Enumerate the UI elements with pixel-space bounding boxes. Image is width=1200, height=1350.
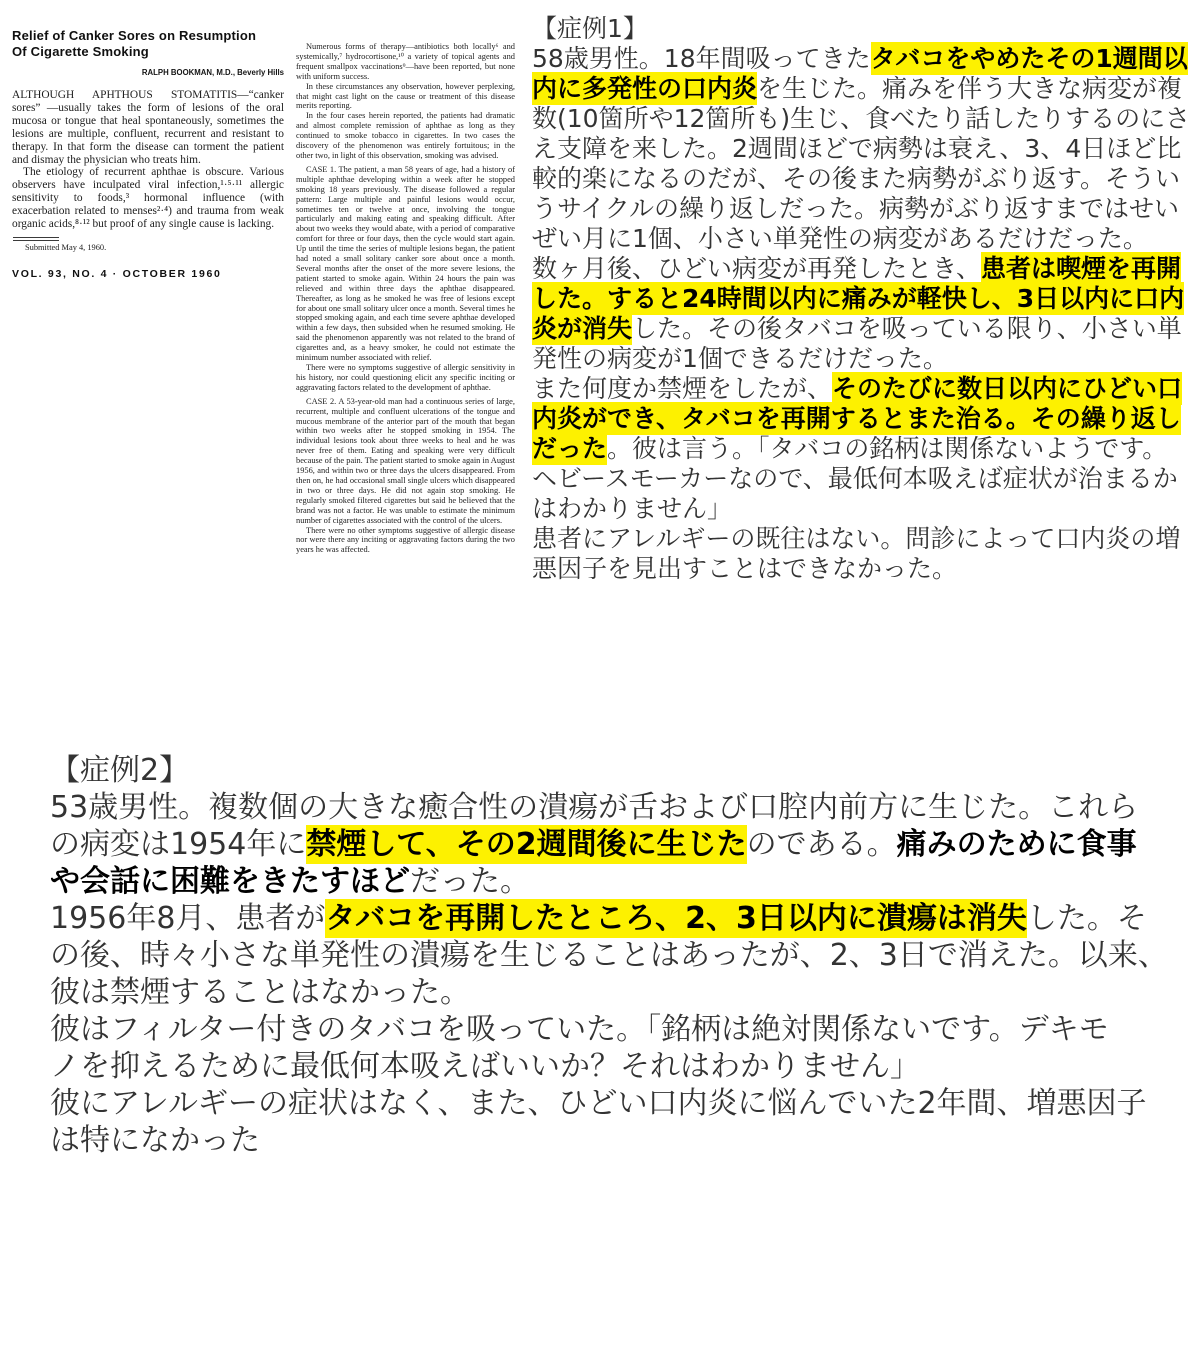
- jp-text-line: 53歳男性。複数個の大きな癒合性の潰瘍が舌および口腔内前方に生じた。これら: [50, 789, 1168, 826]
- footnote-rule: [13, 237, 59, 241]
- jp-text-line: 内炎ができ、タバコを再開するとまた治る。その繰り返し: [532, 404, 1190, 434]
- highlighted-segment: 内炎ができ、タバコを再開するとまた治る。その繰り返し: [532, 402, 1181, 435]
- paper-paragraph: In these circumstances any observation, …: [296, 82, 515, 112]
- jp-text-line: ノを抑えるために最低何本吸えばいいか？それはわかりません」: [50, 1048, 1168, 1085]
- scanned-paper-left-column: Relief of Canker Sores on ResumptionOf C…: [12, 28, 284, 280]
- text-segment: 58歳男性。18年間吸ってきた: [532, 44, 871, 73]
- jp-text-line: うサイクルの繰り返しだった。病勢がぶり返すまではせい: [532, 194, 1190, 224]
- text-segment: え支障を来した。2週間ほどで病勢は衰え、3、4日ほど比: [532, 134, 1181, 163]
- jp-text-line: だった。彼は言う。「タバコの銘柄は関係ないようです。: [532, 434, 1190, 464]
- jp-text-line: の後、時々小さな単発性の潰瘍を生じることはあったが、2、3日で消えた。以来、: [50, 937, 1168, 974]
- abstract-paragraph-1: ALTHOUGH APHTHOUS STOMATITIS—“canker sor…: [12, 89, 284, 166]
- jp-text-line: した。すると24時間以内に痛みが軽快し、3日以内に口内: [532, 284, 1190, 314]
- submitted-note: Submitted May 4, 1960.: [12, 243, 284, 253]
- jp-text-line: 58歳男性。18年間吸ってきたタバコをやめたその1週間以: [532, 44, 1190, 74]
- highlighted-segment: 患者は喫煙を再開: [981, 252, 1181, 285]
- highlighted-segment: 禁煙して、その2週間後に生じた: [306, 825, 746, 864]
- highlighted-segment: 内に多発性の口内炎: [532, 72, 757, 105]
- jp-text-line: 彼は禁煙することはなかった。: [50, 974, 1168, 1011]
- bold-segment: 痛みのために食事: [897, 827, 1137, 862]
- case1-japanese-translation: 【症例1】58歳男性。18年間吸ってきたタバコをやめたその1週間以内に多発性の口…: [532, 14, 1190, 584]
- paper-paragraph: Numerous forms of therapy—antibiotics bo…: [296, 42, 515, 82]
- text-segment: した。その後タバコを吸っている限り、小さい単: [632, 314, 1182, 343]
- highlighted-segment: タバコを再開したところ、2、3日以内に潰瘍は消失: [325, 899, 1026, 938]
- jp-text-line: 【症例2】: [50, 752, 1168, 789]
- paper-paragraph: There were no symptoms suggestive of all…: [296, 363, 515, 393]
- text-segment: 彼はフィルター付きのタバコを吸っていた。「銘柄は絶対関係ないです。デキモ: [50, 1012, 1109, 1047]
- text-segment: ヘビースモーカーなので、最低何本吸えば症状が治まるか: [532, 464, 1178, 493]
- text-segment: のである。: [747, 827, 897, 862]
- highlighted-segment: 炎が消失: [532, 312, 632, 345]
- case2-japanese-translation: 【症例2】53歳男性。複数個の大きな癒合性の潰瘍が舌および口腔内前方に生じた。こ…: [50, 752, 1168, 1159]
- jp-text-line: 【症例1】: [532, 14, 1190, 44]
- text-segment: の後、時々小さな単発性の潰瘍を生じることはあったが、2、3日で消えた。以来、: [50, 938, 1168, 973]
- jp-text-line: はわかりません」: [532, 494, 1190, 524]
- jp-text-line: 彼にアレルギーの症状はなく、また、ひどい口内炎に悩んでいた2年間、増悪因子: [50, 1085, 1168, 1122]
- text-segment: 。彼は言う。「タバコの銘柄は関係ないようです。: [607, 434, 1167, 463]
- highlighted-segment: タバコをやめたその1週間以: [871, 42, 1188, 75]
- text-segment: 彼にアレルギーの症状はなく、また、ひどい口内炎に悩んでいた2年間、増悪因子: [50, 1086, 1147, 1121]
- text-segment: 悪因子を見出すことはできなかった。: [532, 554, 957, 583]
- paper-paragraph: CASE 1. The patient, a man 58 years of a…: [296, 165, 515, 363]
- paper-title-line2: Of Cigarette Smoking: [12, 44, 149, 59]
- paper-title-line1: Relief of Canker Sores on Resumption: [12, 28, 256, 43]
- text-segment: 彼は禁煙することはなかった。: [50, 975, 470, 1010]
- jp-text-line: 発性の病変が1個できるだけだった。: [532, 344, 1190, 374]
- jp-text-line: 彼はフィルター付きのタバコを吸っていた。「銘柄は絶対関係ないです。デキモ: [50, 1011, 1168, 1048]
- jp-text-line: 較的楽になるのだが、その後また病勢がぶり返す。そうい: [532, 164, 1190, 194]
- page: Relief of Canker Sores on ResumptionOf C…: [0, 0, 1200, 1350]
- text-segment: また何度か禁煙をしたが、: [532, 374, 832, 403]
- jp-text-line: ぜい月に1個、小さい単発性の病変があるだけだった。: [532, 224, 1190, 254]
- text-segment: ノを抑えるために最低何本吸えばいいか？それはわかりません」: [50, 1049, 920, 1084]
- jp-text-line: え支障を来した。2週間ほどで病勢は衰え、3、4日ほど比: [532, 134, 1190, 164]
- jp-text-line: ヘビースモーカーなので、最低何本吸えば症状が治まるか: [532, 464, 1190, 494]
- text-segment: 【症例1】: [532, 14, 648, 43]
- text-segment: 患者にアレルギーの既往はない。問診によって口内炎の増: [532, 524, 1180, 553]
- text-segment: した。そ: [1027, 901, 1147, 936]
- text-segment: 較的楽になるのだが、その後また病勢がぶり返す。そうい: [532, 164, 1180, 193]
- text-segment: うサイクルの繰り返しだった。病勢がぶり返すまではせい: [532, 194, 1179, 223]
- highlighted-segment: そのたびに数日以内にひどい口: [832, 372, 1182, 405]
- jp-text-line: 数ヶ月後、ひどい病変が再発したとき、患者は喫煙を再開: [532, 254, 1190, 284]
- paper-paragraph: CASE 2. A 53-year-old man had a continuo…: [296, 397, 515, 526]
- text-segment: 1956年8月、患者が: [50, 901, 325, 936]
- text-segment: 数ヶ月後、ひどい病変が再発したとき、: [532, 254, 981, 283]
- jp-text-line: 1956年8月、患者がタバコを再開したところ、2、3日以内に潰瘍は消失した。そ: [50, 900, 1168, 937]
- paper-paragraph: In the four cases herein reported, the p…: [296, 111, 515, 161]
- text-segment: は特になかった: [50, 1123, 260, 1158]
- paper-paragraph: There were no other symptoms suggestive …: [296, 526, 515, 556]
- abstract-paragraph-2: The etiology of recurrent aphthae is obs…: [12, 166, 284, 231]
- jp-text-line: 炎が消失した。その後タバコを吸っている限り、小さい単: [532, 314, 1190, 344]
- jp-text-line: また何度か禁煙をしたが、そのたびに数日以内にひどい口: [532, 374, 1190, 404]
- text-segment: 数(10箇所や12箇所も)生じ、食べたり話したりするのにさ: [532, 104, 1190, 133]
- text-segment: 発性の病変が1個できるだけだった。: [532, 344, 948, 373]
- text-segment: ぜい月に1個、小さい単発性の病変があるだけだった。: [532, 224, 1148, 253]
- jp-text-line: 患者にアレルギーの既往はない。問診によって口内炎の増: [532, 524, 1190, 554]
- text-segment: の病変は1954年に: [50, 827, 306, 862]
- paper-author: RALPH BOOKMAN, M.D., Beverly Hills: [12, 68, 284, 78]
- text-segment: 【症例2】: [50, 753, 189, 788]
- text-segment: はわかりません」: [532, 494, 732, 523]
- text-segment: を生じた。痛みを伴う大きな病変が複: [757, 74, 1182, 103]
- bold-segment: や会話に困難をきたすほど: [50, 864, 410, 899]
- journal-volume-line: VOL. 93, NO. 4 · OCTOBER 1960: [12, 268, 284, 280]
- text-segment: だった。: [410, 864, 530, 899]
- highlighted-segment: した。すると24時間以内に痛みが軽快し、3日以内に口内: [532, 282, 1184, 315]
- paper-title: Relief of Canker Sores on ResumptionOf C…: [12, 28, 284, 60]
- jp-text-line: や会話に困難をきたすほどだった。: [50, 863, 1168, 900]
- jp-text-line: の病変は1954年に禁煙して、その2週間後に生じたのである。痛みのために食事: [50, 826, 1168, 863]
- jp-text-line: は特になかった: [50, 1122, 1168, 1159]
- text-segment: 53歳男性。複数個の大きな癒合性の潰瘍が舌および口腔内前方に生じた。これら: [50, 790, 1138, 825]
- highlighted-segment: だった: [532, 432, 607, 465]
- jp-text-line: 悪因子を見出すことはできなかった。: [532, 554, 1190, 584]
- jp-text-line: 内に多発性の口内炎を生じた。痛みを伴う大きな病変が複: [532, 74, 1190, 104]
- jp-text-line: 数(10箇所や12箇所も)生じ、食べたり話したりするのにさ: [532, 104, 1190, 134]
- scanned-paper-middle-column: Numerous forms of therapy—antibiotics bo…: [296, 42, 515, 555]
